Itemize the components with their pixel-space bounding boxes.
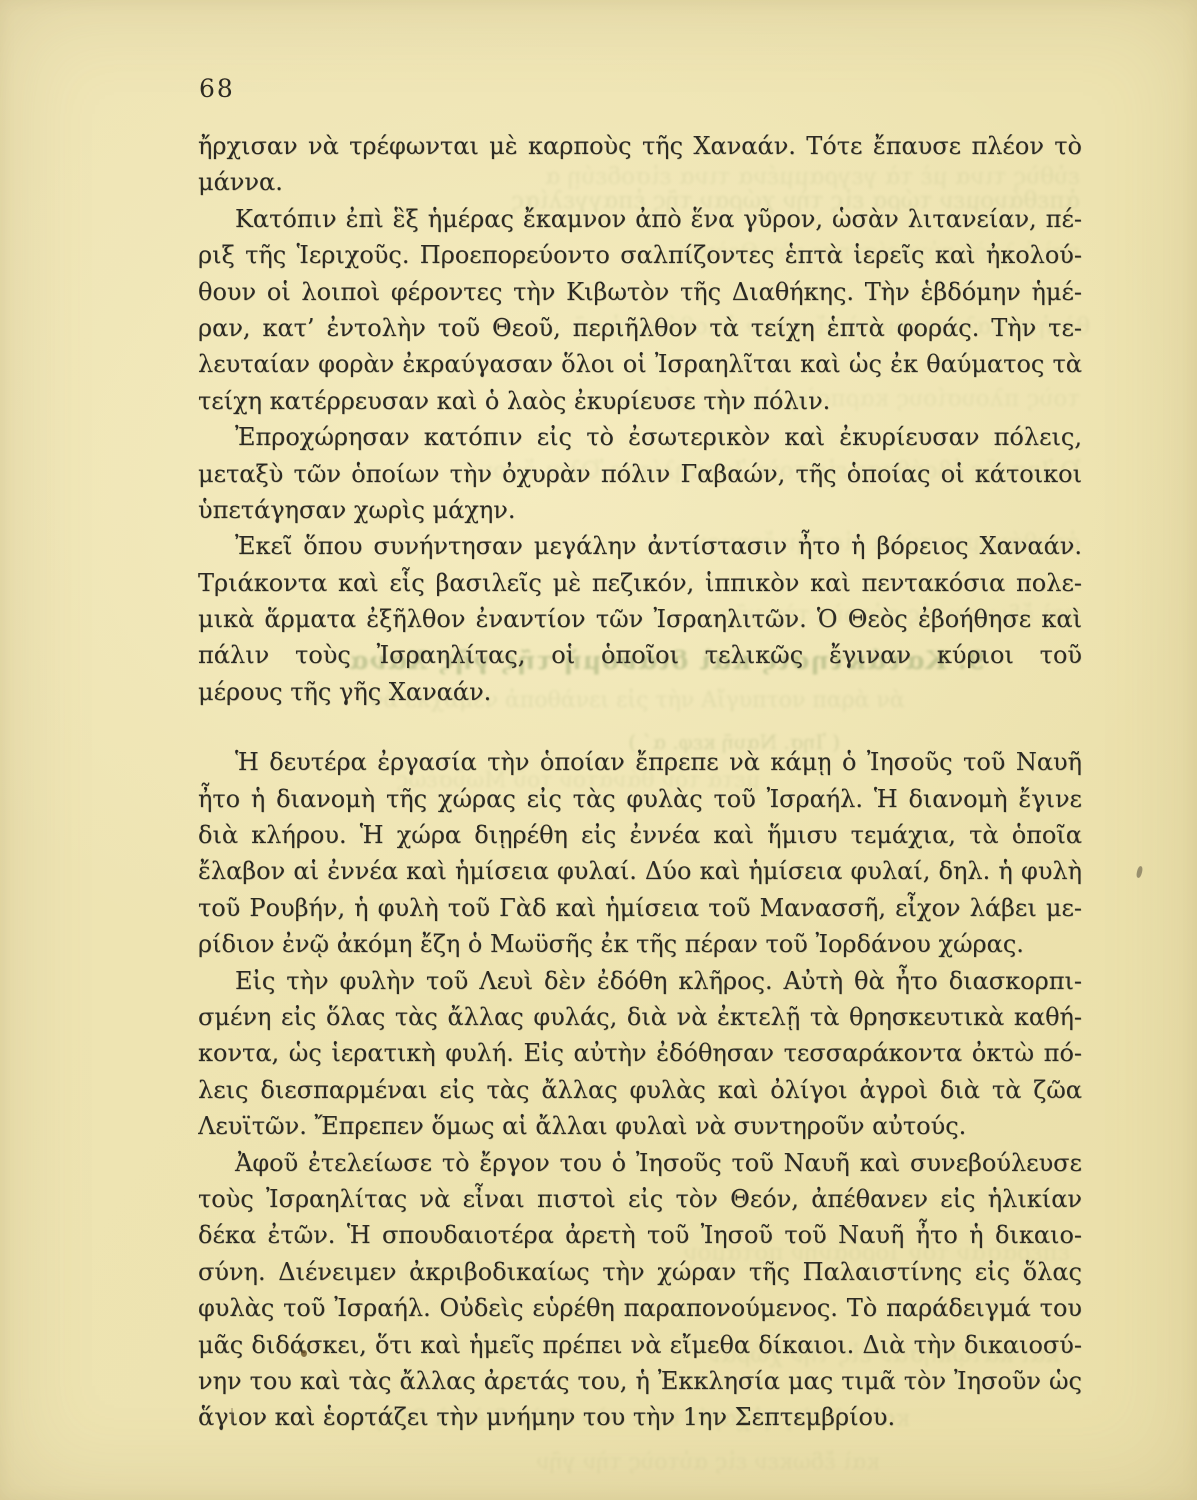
text-line: μέρους τῆς γῆς Χαναάν. [198,674,1082,710]
text-line: ἦτο ἡ διανομὴ τῆς χώρας εἰς τὰς φυλὰς το… [198,781,1082,817]
text-line: δέκα ἐτῶν. Ἡ σπουδαιοτέρα ἀρετὴ τοῦ Ἰησο… [198,1217,1082,1253]
text-line: Ἐπροχώρησαν κατόπιν εἰς τὸ ἐσωτερικὸν κα… [198,419,1082,455]
text-line: Τριάκοντα καὶ εἷς βασιλεῖς μὲ πεζικόν, ἱ… [198,565,1082,601]
text-line: Εἰς τὴν φυλὴν τοῦ Λευὶ δὲν ἐδόθη κλῆρος.… [198,963,1082,999]
text-line: Ἡ δευτέρα ἐργασία τὴν ὁποίαν ἔπρεπε νὰ κ… [198,744,1082,780]
text-line: ἅγιον καὶ ἑορτάζει τὴν μνήμην του τὴν 1η… [198,1399,1082,1435]
text-line: νην του καὶ τὰς ἄλλας ἀρετάς του, ἡ Ἐκκλ… [198,1363,1082,1399]
text-line: μικὰ ἅρματα ἐξῆλθον ἐναντίον τῶν Ἰσραηλι… [198,601,1082,637]
text-line: ἤρχισαν νὰ τρέφωνται μὲ καρποὺς τῆς Χανα… [198,128,1082,164]
text-line: μάννα. [198,164,1082,200]
text-line: λεις διεσπαρμέναι εἰς τὰς ἄλλας φυλὰς κα… [198,1072,1082,1108]
page-number: 68 [199,74,235,103]
text-line: διὰ κλήρου. Ἡ χώρα διῃρέθη εἰς ἐννέα καὶ… [198,817,1082,853]
text-line: φυλὰς τοῦ Ἰσραήλ. Οὐδεὶς εὑρέθη παραπονο… [198,1290,1082,1326]
text-line: Κατόπιν ἐπὶ ἓξ ἡμέρας ἔκαμνον ἀπὸ ἕνα γῦ… [198,201,1082,237]
text-line: Ἐκεῖ ὅπου συνήντησαν μεγάλην ἀντίστασιν … [198,528,1082,564]
text-line: ριξ τῆς Ἱεριχοῦς. Προεπορεύοντο σαλπίζον… [198,237,1082,273]
text-block: ἤρχισαν νὰ τρέφωνται μὲ καρποὺς τῆς Χανα… [198,128,1082,1436]
text-line: πάλιν τοὺς Ἰσραηλίτας, οἱ ὁποῖοι τελικῶς… [198,637,1082,673]
text-line: σύνη. Διένειμεν ἀκριβοδικαίως τὴν χώραν … [198,1254,1082,1290]
ink-speck [1136,866,1144,879]
text-line: τοὺς Ἰσραηλίτας νὰ εἶναι πιστοὶ εἰς τὸν … [198,1181,1082,1217]
text-line: Ἀφοῦ ἐτελείωσε τὸ ἔργον του ὁ Ἰησοῦς τοῦ… [198,1145,1082,1181]
text-line: ρίδιον ἐνῷ ἀκόμη ἔζη ὁ Μωϋσῆς ἐκ τῆς πέρ… [198,926,1082,962]
text-line: Λευϊτῶν. Ἔπρεπεν ὅμως αἱ ἄλλαι φυλαὶ νὰ … [198,1108,1082,1144]
text-line: κοντα, ὡς ἱερατικὴ φυλή. Εἰς αὐτὴν ἐδόθη… [198,1035,1082,1071]
text-line: τείχη κατέρρευσαν καὶ ὁ λαὸς ἐκυρίευσε τ… [198,383,1082,419]
text-line: ἔλαβον αἱ ἐννέα καὶ ἡμίσεια φυλαί. Δύο κ… [198,853,1082,889]
text-line: μεταξὺ τῶν ὁποίων τὴν ὀχυρὰν πόλιν Γαβαώ… [198,456,1082,492]
text-line: λευταίαν φορὰν ἐκραύγασαν ὅλοι οἱ Ἰσραηλ… [198,346,1082,382]
ink-speck [231,1408,233,1424]
text-line: ὑπετάγησαν χωρὶς μάχην. [198,492,1082,528]
ink-speck [301,1350,307,1357]
book-page: εὐθὺς τινα μὲ τὰ γεγραμμένα τινα εἰσοδεύ… [0,0,1197,1500]
text-line: ραν, κατ’ ἐντολὴν τοῦ Θεοῦ, περιῆλθον τὰ… [198,310,1082,346]
text-line: μᾶς διδάσκει, ὅτι καὶ ἡμεῖς πρέπει νὰ εἴ… [198,1327,1082,1363]
bleedthrough-text: καὶ ἔδωκεν εἰς αὐτοὺς τὴν γῆν [360,1450,880,1475]
text-line: θουν οἱ λοιποὶ φέροντες τὴν Κιβωτὸν τῆς … [198,274,1082,310]
text-line: τοῦ Ρουβήν, ἡ φυλὴ τοῦ Γὰδ καὶ ἡμίσεια τ… [198,890,1082,926]
text-line: σμένη εἰς ὅλας τὰς ἄλλας φυλάς, διὰ νὰ ἐ… [198,999,1082,1035]
